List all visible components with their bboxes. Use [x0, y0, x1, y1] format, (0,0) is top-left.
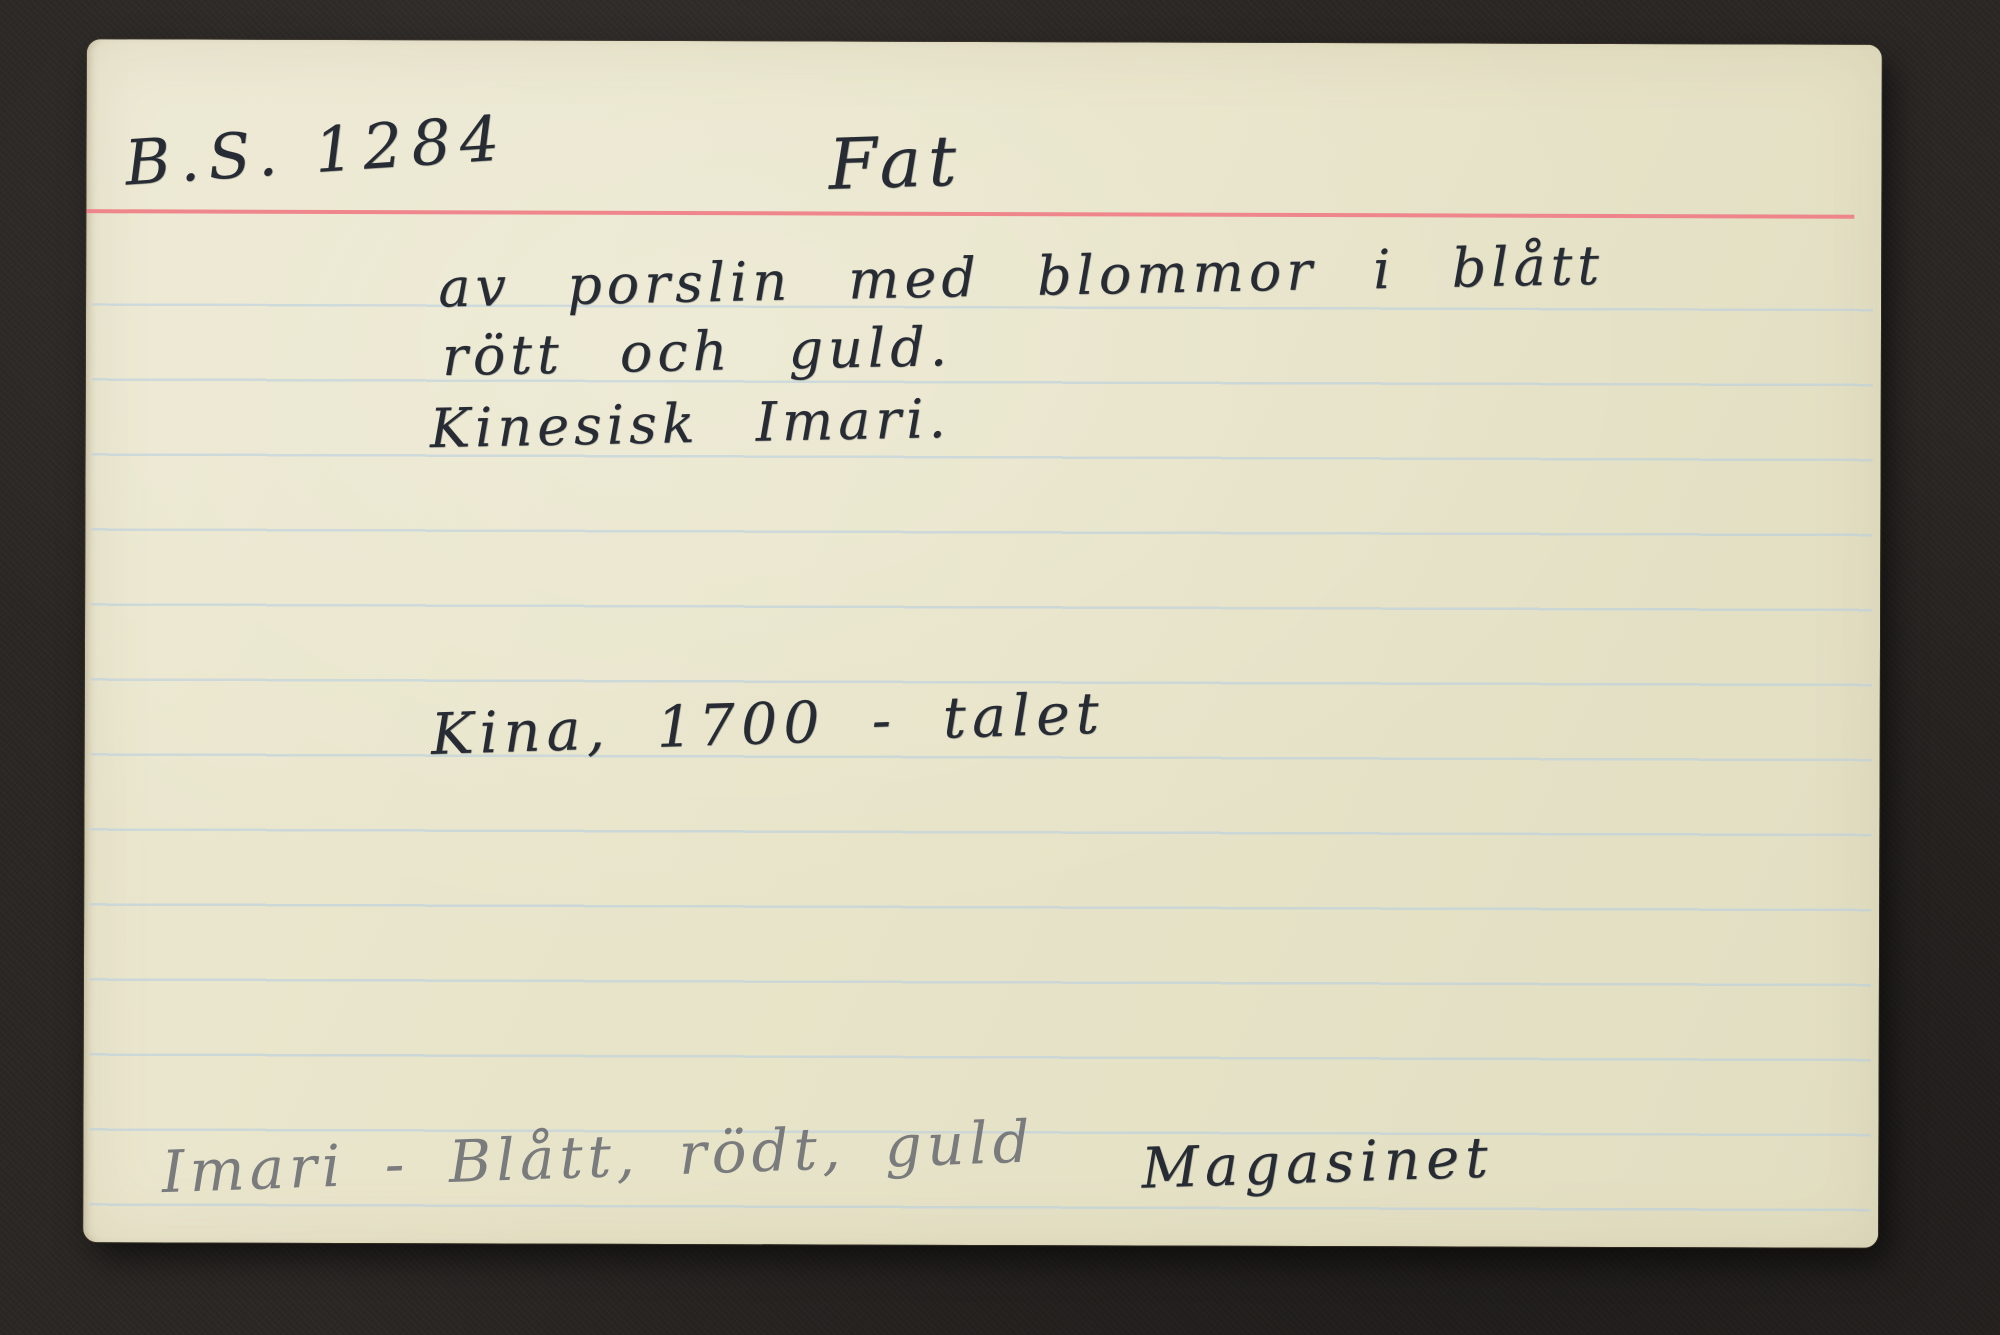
footer-ink-note: Magasinet [1140, 1125, 1494, 1201]
ruled-lines [89, 303, 1873, 1212]
catalog-number: B.S. 1284 [123, 101, 511, 199]
description-line-3: Kinesisk Imari. [429, 387, 951, 460]
card-title: Fat [827, 120, 964, 206]
red-header-rule [86, 209, 1854, 219]
description-line-2: rött och guld. [441, 315, 952, 388]
photo-background: B.S. 1284 Fat av porslin med blommor i b… [0, 0, 2000, 1335]
index-card: B.S. 1284 Fat av porslin med blommor i b… [83, 39, 1882, 1248]
